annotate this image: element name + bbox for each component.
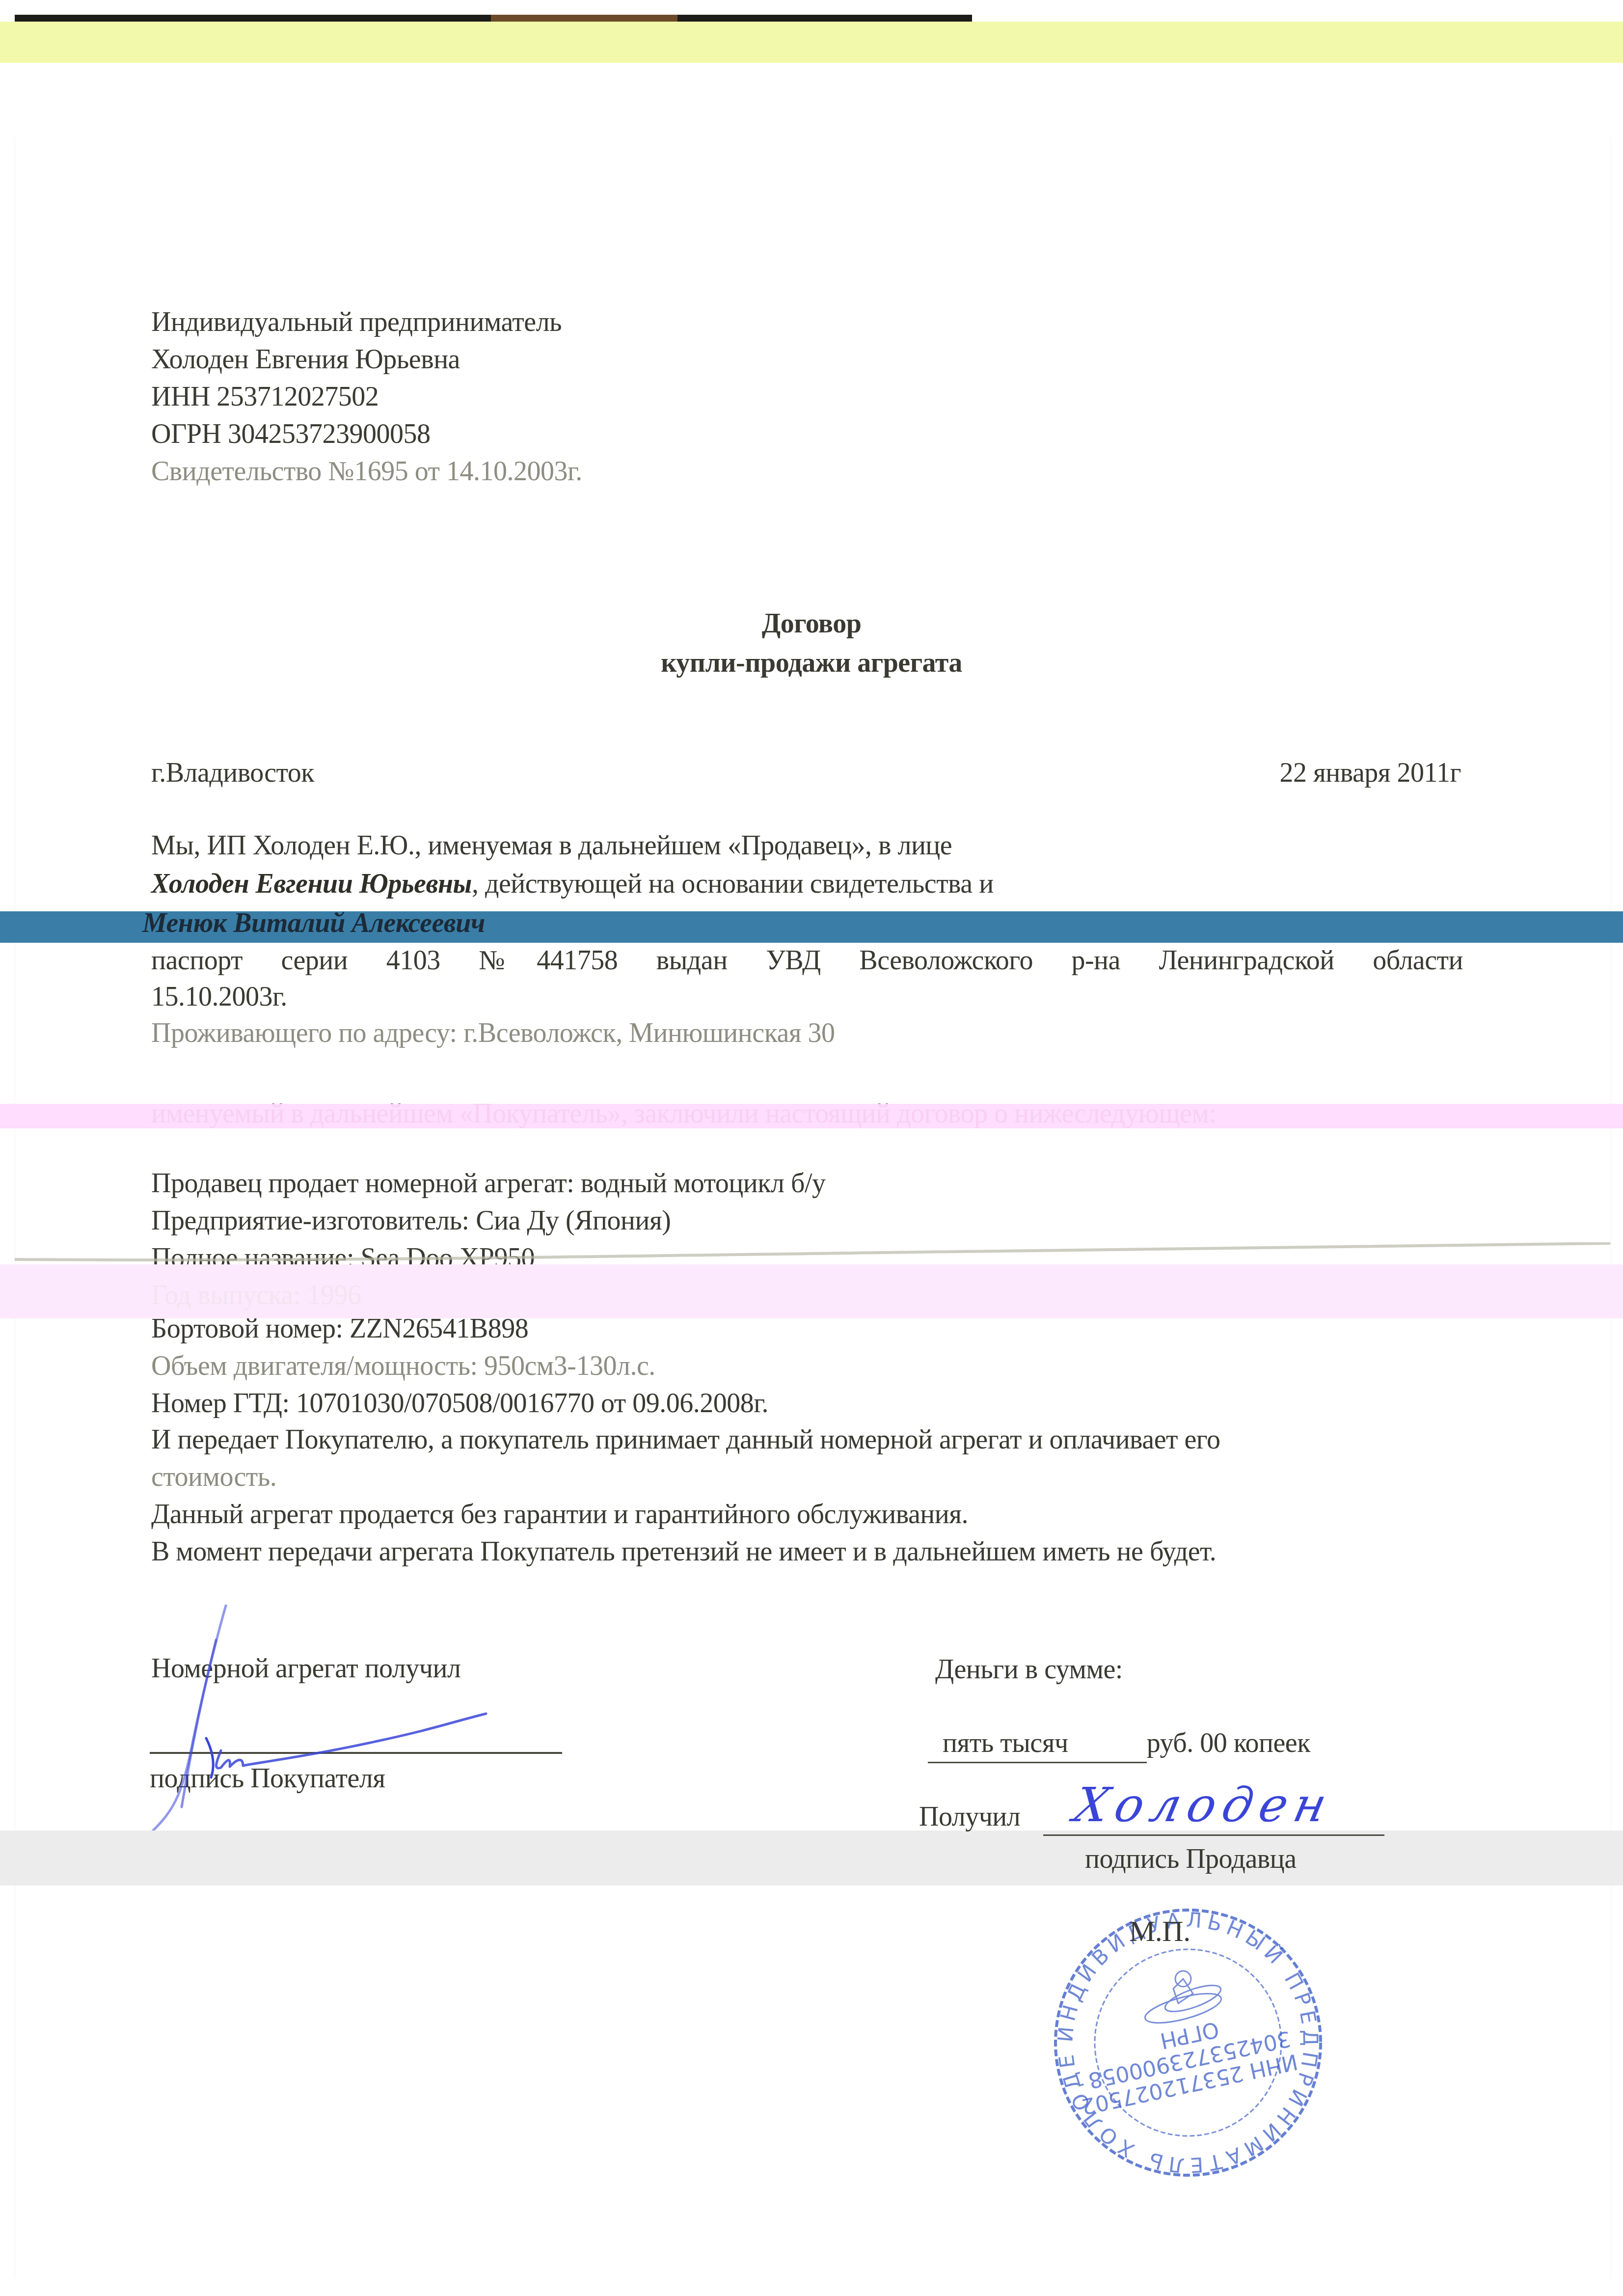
terms-line-1-cont: стоимость. xyxy=(151,1458,1220,1496)
item-engine: Объем двигателя/мощность: 950см3-130л.с. xyxy=(151,1347,768,1385)
item-line: Продавец продает номерной агрегат: водны… xyxy=(151,1165,825,1202)
amount-words: пять тысяч xyxy=(943,1728,1068,1758)
issuer-line: Индивидуальный предприниматель xyxy=(151,303,582,341)
scan-artifact-gray-band xyxy=(0,1831,1623,1886)
contract-terms: И передает Покупателю, а покупатель прин… xyxy=(151,1421,1220,1570)
preamble-line-2: Холоден Евгении Юрьевны, действующей на … xyxy=(151,865,994,902)
issuer-name: Холоден Евгения Юрьевна xyxy=(151,341,582,378)
seller-signature-line xyxy=(1043,1834,1384,1836)
seller-rep-name: Холоден Евгении Юрьевны xyxy=(151,869,472,899)
scan-artifact-pink-band-1 xyxy=(0,1104,1623,1128)
buyer-address: Проживающего по адресу: г.Всеволожск, Ми… xyxy=(151,1014,835,1052)
title-line-2: купли-продажи агрегата xyxy=(0,643,1623,683)
item-specs: Бортовой номер: ZZN26541B898 Объем двига… xyxy=(151,1310,768,1422)
item-customs-number: Номер ГТД: 10701030/070508/0016770 от 09… xyxy=(151,1385,768,1422)
scan-artifact-yellow-band xyxy=(0,22,1623,63)
item-year-obscured: Год выпуска: 1996 xyxy=(151,1277,361,1314)
preamble-line-1: Мы, ИП Холоден Е.Ю., именуемая в дальней… xyxy=(151,827,952,864)
issuer-ogrn: ОГРН 304253723900058 xyxy=(151,415,582,453)
preamble-line-2-rest: , действующей на основании свидетельства… xyxy=(472,869,994,899)
seal-label: М.П. xyxy=(1129,1913,1190,1950)
issuer-block: Индивидуальный предприниматель Холоден Е… xyxy=(151,303,582,490)
contract-date: 22 января 2011г xyxy=(1280,754,1461,792)
passport-text: паспорт серии 4103 №441758 выдан УВД Все… xyxy=(151,945,1463,976)
terms-line-1: И передает Покупателю, а покупатель прин… xyxy=(151,1421,1220,1458)
amount-suffix: руб. 00 копеек xyxy=(1147,1728,1310,1758)
document-title: Договор купли-продажи агрегата xyxy=(0,604,1623,683)
received-label: Получил xyxy=(919,1798,1020,1835)
item-hull-number: Бортовой номер: ZZN26541B898 xyxy=(151,1310,768,1347)
money-label: Деньги в сумме: xyxy=(935,1651,1123,1688)
issuer-inn: ИНН 253712027502 xyxy=(151,378,582,415)
terms-line-3: В момент передачи агрегата Покупатель пр… xyxy=(151,1533,1220,1570)
terms-line-2: Данный агрегат продается без гарантии и … xyxy=(151,1496,1220,1533)
amount-line: пять тысяч руб. 00 копеек xyxy=(928,1724,1310,1763)
scan-artifact-brown xyxy=(491,15,677,22)
buyer-name: Менюк Виталий Алексеевич xyxy=(142,904,485,942)
passport-line: паспорт серии 4103 №441758 выдан УВД Все… xyxy=(151,942,1463,979)
scan-scuff-line xyxy=(15,1242,1610,1267)
passport-date: 15.10.2003г. xyxy=(151,978,287,1015)
title-line-1: Договор xyxy=(0,604,1623,643)
item-manufacturer: Предприятие-изготовитель: Сиа Ду (Япония… xyxy=(151,1202,825,1239)
city: г.Владивосток xyxy=(151,754,314,792)
seller-signature-caption: подпись Продавца xyxy=(1085,1840,1297,1878)
seller-handwritten-signature: Холоден xyxy=(1069,1777,1338,1832)
issuer-certificate: Свидетельство №1695 от 14.10.2003г. xyxy=(151,453,582,490)
buyer-signature xyxy=(142,1601,584,1836)
